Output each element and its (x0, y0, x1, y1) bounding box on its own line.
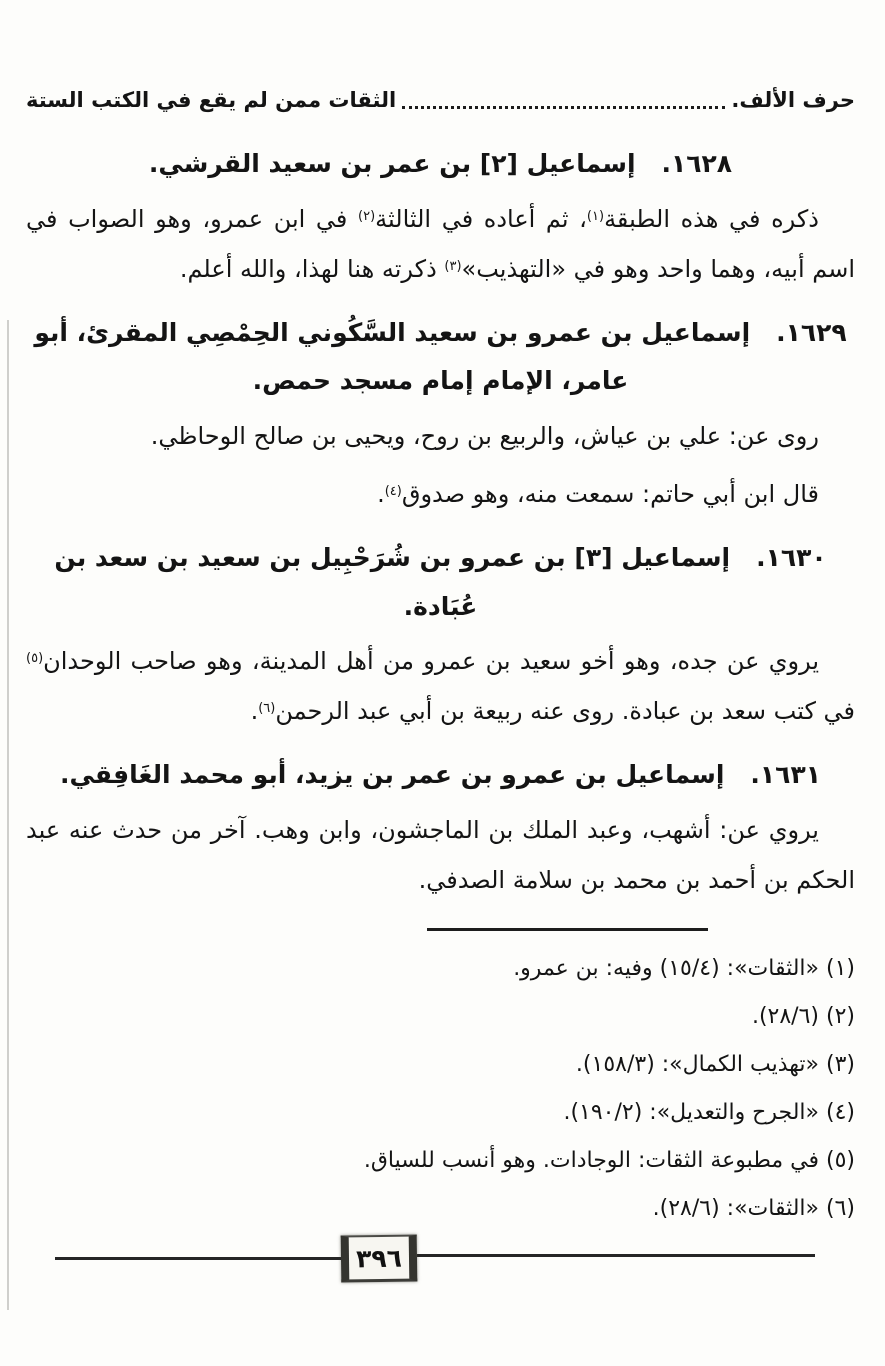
entry-name: إسماعيل [٢] بن عمر بن سعيد القرشي. (149, 149, 636, 178)
entry-1631-paragraph: يروي عن: أشهب، وعبد الملك بن الماجشون، و… (26, 806, 855, 906)
entry-number: ١٦٢٨. (662, 149, 733, 178)
footer-rule-left (55, 1257, 344, 1260)
footer-rule-right (416, 1254, 815, 1257)
entry-name: إسماعيل بن عمرو بن سعيد السَّكُوني الحِم… (34, 318, 750, 396)
scanned-book-page: حرف الألف. الثقات ممن لم يقع في الكتب ال… (0, 0, 885, 1366)
page-number-box: ٣٩٦ (341, 1234, 418, 1282)
header-book-title: الثقات ممن لم يقع في الكتب الستة (26, 86, 396, 115)
entry-number: ١٦٣٠. (756, 543, 827, 572)
entry-name: إسماعيل [٣] بن عمرو بن شُرَحْبِيل بن سعي… (54, 543, 730, 621)
footnote-2: (٢) (٢٨/٦). (26, 993, 855, 1041)
entry-1630-paragraph: يروي عن جده، وهو أخو سعيد بن عمرو من أهل… (26, 637, 855, 737)
entry-1628-heading: ١٦٢٨.إسماعيل [٢] بن عمر بن سعيد القرشي. (26, 140, 855, 189)
footnotes-separator-rule (427, 928, 708, 931)
entry-1629-paragraph: قال ابن أبي حاتم: سمعت منه، وهو صدوق(٤). (26, 470, 855, 520)
page-body: ١٦٢٨.إسماعيل [٢] بن عمر بن سعيد القرشي. … (26, 126, 855, 914)
entry-1629-paragraph: روى عن: علي بن عياش، والربيع بن روح، ويح… (26, 412, 855, 462)
entry-1628-paragraph: ذكره في هذه الطبقة(١)، ثم أعاده في الثال… (26, 195, 855, 295)
scan-artifact-line (7, 320, 9, 1310)
entry-1630-heading: ١٦٣٠.إسماعيل [٣] بن عمرو بن شُرَحْبِيل ب… (26, 534, 855, 632)
footnote-3: (٣) «تهذيب الكمال»: (١٥٨/٣). (26, 1041, 855, 1089)
footnote-5: (٥) في مطبوعة الثقات: الوجادات. وهو أنسب… (26, 1137, 855, 1185)
header-section-title: حرف الألف. (731, 86, 855, 115)
entry-number: ١٦٣١. (750, 760, 821, 789)
footnotes-list: (١) «الثقات»: (١٥/٤) وفيه: بن عمرو. (٢) … (26, 945, 855, 1233)
footnotes-block: (١) «الثقات»: (١٥/٤) وفيه: بن عمرو. (٢) … (26, 928, 855, 1233)
entry-1629-heading: ١٦٢٩.إسماعيل بن عمرو بن سعيد السَّكُوني … (26, 309, 855, 407)
footnote-1: (١) «الثقات»: (١٥/٤) وفيه: بن عمرو. (26, 945, 855, 993)
entry-name: إسماعيل بن عمرو بن عمر بن يزيد، أبو محمد… (60, 760, 724, 789)
entry-number: ١٦٢٩. (776, 318, 847, 347)
running-header: حرف الألف. الثقات ممن لم يقع في الكتب ال… (26, 86, 855, 115)
page-number: ٣٩٦ (356, 1245, 402, 1271)
footnote-4: (٤) «الجرح والتعديل»: (١٩٠/٢). (26, 1089, 855, 1137)
header-dotted-leader (402, 98, 725, 109)
entry-1631-heading: ١٦٣١.إسماعيل بن عمرو بن عمر بن يزيد، أبو… (26, 751, 855, 800)
footnote-6: (٦) «الثقات»: (٢٨/٦). (26, 1185, 855, 1233)
